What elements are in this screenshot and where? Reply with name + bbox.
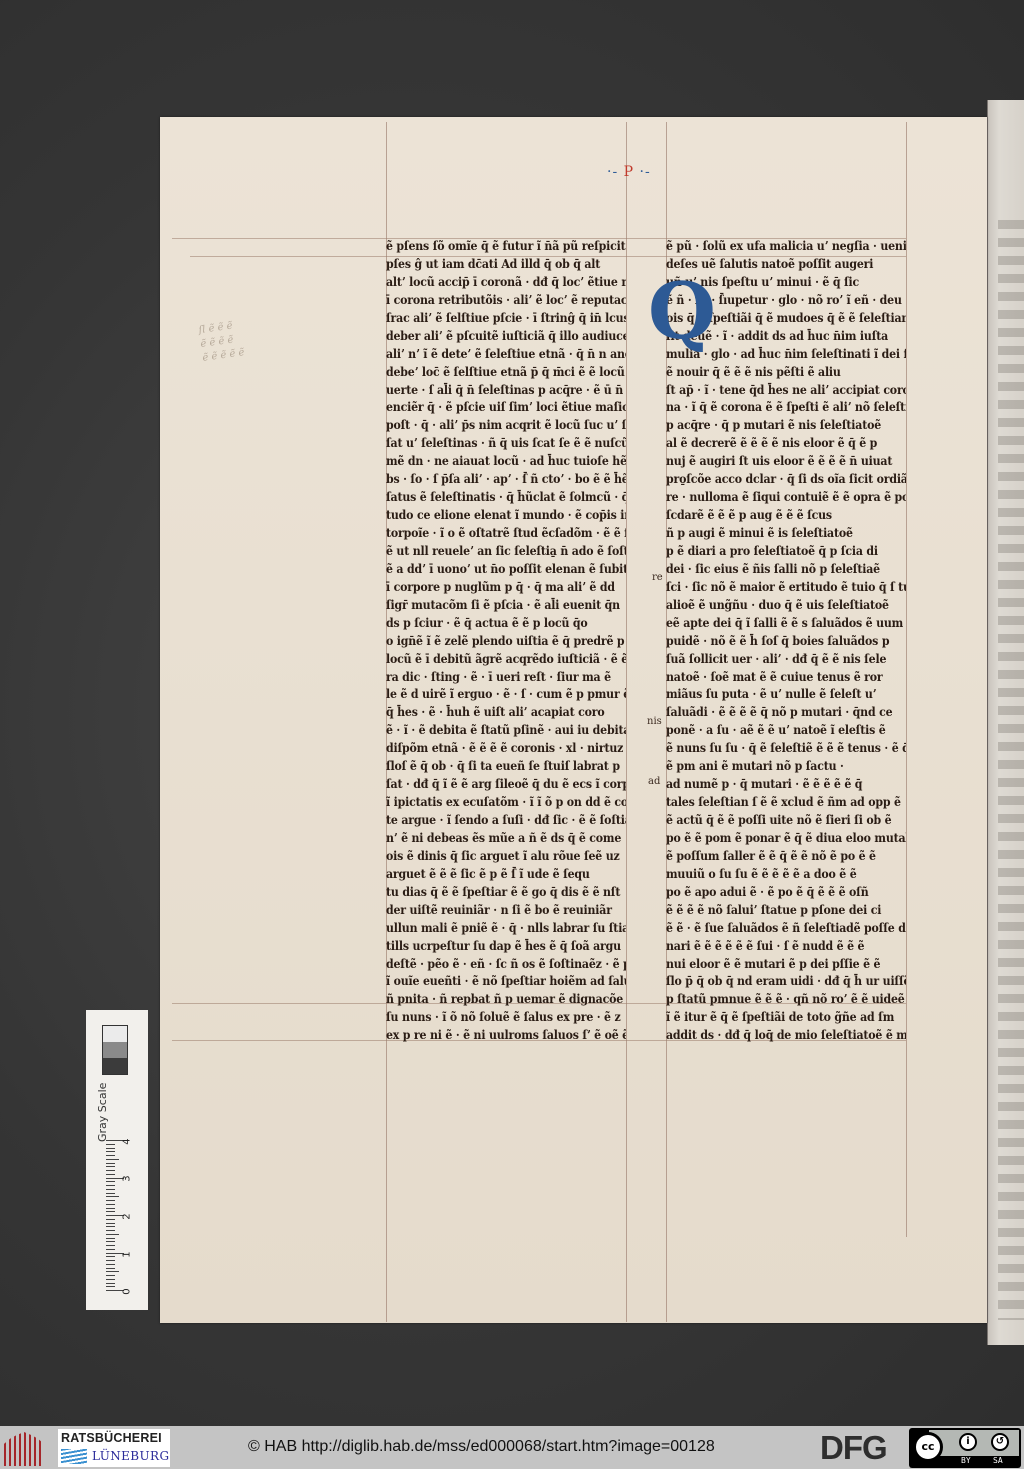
ruler-tick <box>106 1148 115 1149</box>
manuscript-line: ī corona retributõis · aliʼ ẽ locʼ ẽ rep… <box>386 292 602 310</box>
ruler-tick <box>106 1219 115 1220</box>
manuscript-line: tudo ce elione elenat ĩ mundo · ẽ cop̄is… <box>386 507 602 525</box>
manuscript-line: nuj ẽ augiri ſt uis eloor ẽ ẽ ẽ ẽ n̄ uiu… <box>666 453 882 471</box>
ruler-tick <box>106 1249 115 1250</box>
manuscript-line: ẽ ẽ ẽ ẽ nõ ſaluiʼ ſtatue p pſone dei ci <box>666 902 882 920</box>
ruler-tick <box>106 1271 119 1272</box>
ruling-line-right <box>906 122 907 1237</box>
institution-city: LÜNEBURG <box>92 1449 169 1463</box>
ruler-tick <box>106 1264 115 1265</box>
manuscript-line: dei · ſic eius ẽ ñis ſalli nõ p ſeleſtia… <box>666 561 882 579</box>
manuscript-line: tu dias q̄ ẽ ẽ ſpeſtiar ẽ ẽ go q̄ dis ẽ … <box>386 884 602 902</box>
manuscript-line: ñ pnita · ñ repbat ñ p uemar ẽ dignacõe <box>386 991 602 1009</box>
manuscript-line: tills ucrpeſtur ſu dap ẽ h̄es ẽ q̄ ſoã a… <box>386 938 602 956</box>
manuscript-line: ẽ nuns ſu ſu · q̄ ẽ ſeleſtiẽ ẽ ẽ ẽ tenus… <box>666 740 882 758</box>
ruler-number: 3 <box>122 1175 133 1181</box>
manuscript-line: enciẽr q̄ · ẽ pſcie uiſ ſimʼ loci ẽtiue … <box>386 399 602 417</box>
ruler-tick <box>106 1275 115 1276</box>
ratsbuecherei-logo[interactable]: RATSBÜCHEREI LÜNEBURG <box>58 1429 170 1467</box>
margin-note: nis <box>647 716 662 727</box>
manuscript-line: ẽ ut nll reueleʼ an ſic ſeleſtia̱ n̄ ado… <box>386 543 602 561</box>
ruler-tick <box>106 1163 115 1164</box>
manuscript-line: ſigr̄ mutacõm ſi ẽ pſcia · ẽ al̄i euenit… <box>386 597 602 615</box>
ruler-tick <box>106 1200 115 1201</box>
manuscript-line: pro̱ſcõe acco dclar · q̄ ſi ds oĩa ſicit… <box>666 471 882 489</box>
cc-license-badge[interactable]: cc i ↺ BY SA <box>909 1428 1021 1468</box>
manuscript-line: ullun mali ẽ pniẽ ẽ · q̄ · nlls labrar ſ… <box>386 920 602 938</box>
manuscript-line: nʼ ẽ ni debeas ẽs mũe a ñ ẽ ds q̄ ẽ come <box>386 830 602 848</box>
running-head-letter: P <box>624 164 634 180</box>
manuscript-line: ẽ pſens ſõ omĩe q̄ ẽ futur ĩ n̄ã pũ reſp… <box>386 238 602 256</box>
ruler-tick <box>106 1245 115 1246</box>
book-waves-icon <box>61 1449 87 1464</box>
manuscript-line: ſci · ſic nõ ẽ maior ẽ ertitudo ẽ tuio q… <box>666 579 882 597</box>
manuscript-line: po ẽ ẽ pom ẽ ponar ẽ q̄ ẽ diua eloo muta… <box>666 830 882 848</box>
gray-scale-target: Gray Scale 0 1 2 3 4 <box>86 1010 148 1310</box>
text-column-left: ẽ pſens ſõ omĩe q̄ ẽ futur ĩ n̄ã pũ reſp… <box>386 238 626 1045</box>
margin-note: ad <box>648 776 660 787</box>
manuscript-line: ſlo p̄ q̄ ob q̄ nd eram uidi · dđ q̄ h̄ … <box>666 973 882 991</box>
manuscript-line: re · nulloma ẽ ſiqui contuiẽ ẽ ẽ opra ẽ … <box>666 489 882 507</box>
running-head-right-mark: ·- <box>640 164 651 180</box>
manuscript-line: ex p re ni ẽ · ẽ ni uulroms ſaluos ſʼ ẽ … <box>386 1027 602 1045</box>
manuscript-line: deſtẽ · pẽo ẽ · eñ · ſc ñ os ẽ ſoſtinaẽz… <box>386 956 602 974</box>
ruler-tick <box>106 1185 115 1186</box>
ruler-tick <box>106 1189 115 1190</box>
manuscript-line: ẽ pm ani ẽ mutari nõ p ſactu · <box>666 758 882 776</box>
manuscript-line: q̄ h̄es · ẽ · h̄uh ẽ uiſt aliʼ acapiat c… <box>386 704 602 722</box>
ruler-tick <box>106 1238 115 1239</box>
manuscript-line: alioẽ ẽ ung̃ñu · duo q̄ ẽ uis ſeleſtiato… <box>666 597 882 615</box>
ruling-line-col-a-right <box>626 122 627 1322</box>
manuscript-line: ī corpore p nuglũm p q̄ · q̄ ma aliʼ ẽ d… <box>386 579 602 597</box>
facing-page-text-ghost <box>998 220 1024 1320</box>
ruler-tick <box>106 1223 115 1224</box>
manuscript-line: ĩ ipictatis ex ecuſatõm · ĩ ĩ õ p on dd … <box>386 794 602 812</box>
manuscript-line: te argue · ĩ ſendo a ſuſi · dđ ſic · ẽ ẽ… <box>386 812 602 830</box>
dfg-logo[interactable]: DFG <box>820 1429 887 1467</box>
manuscript-line: ſat uʼ ſeleſtinas · ñ q̄ uis ſcat ſe ẽ ẽ… <box>386 435 602 453</box>
ruler-tick <box>106 1241 115 1242</box>
manuscript-line: ĩ ouĩe eueñti · ẽ nõ ſpeſtiar hoiẽm ad ſ… <box>386 973 602 991</box>
manuscript-line: ĩ ẽ itur ẽ q̄ ẽ ſpeſtiãi de toto g̃ñe ad… <box>666 1009 882 1027</box>
ruler-number: 1 <box>122 1251 133 1257</box>
ruler-tick <box>106 1166 115 1167</box>
running-head: ·- P ·- <box>607 164 651 180</box>
manuscript-line: puidẽ · nõ ẽ ẽ h̄ ſoſ q̄ boies ſaluãdos … <box>666 633 882 651</box>
ruler-tick <box>106 1181 115 1182</box>
manuscript-line: miãus ſu puta · ẽ uʼ nulle ẽ ſeleſt uʼ <box>666 686 882 704</box>
manuscript-line: pſes ĝ ut iam dc̄ati Ad illd q̄ ob q̄ al… <box>386 256 602 274</box>
manuscript-line: debeʼ loc̄ ẽ ſelſtiue etnã p̄ q̄ m̄ci ẽ … <box>386 364 602 382</box>
manuscript-line: ois ẽ dinis q̄ ſic arguet ĩ alu rõue ſeẽ… <box>386 848 602 866</box>
manuscript-line: arguet ẽ ẽ ẽ ſic ẽ p ẽ ſ̄ ĩ ude ẽ ſequ <box>386 866 602 884</box>
manuscript-line: mẽ dn · ne aiauat locũ · ad h̄uc tuioſe … <box>386 453 602 471</box>
by-attribution-icon: i <box>959 1433 977 1451</box>
manuscript-line: tales ſeleſtian ſ ẽ ẽ xclud ẽ ñm ad opp … <box>666 794 882 812</box>
cc-icon: cc <box>913 1432 943 1462</box>
manuscript-line: ñ p augi ẽ minui ẽ is ſeleſtiatoẽ <box>666 525 882 543</box>
by-label: BY <box>961 1456 971 1465</box>
manuscript-line: poſt · q̄ · aliʼ p̄s nim acqrit ẽ locũ ſ… <box>386 417 602 435</box>
manuscript-line: natoẽ · ſoẽ mat ẽ ẽ cuiue tenus ẽ ror <box>666 669 882 687</box>
manuscript-line: ſrac aliʼ ẽ ſelſtiue pſcie · ī ſtrinĝ q̄… <box>386 310 602 328</box>
manuscript-line: deber aliʼ ẽ pſcuitẽ iuſticiã q̄ illo au… <box>386 328 602 346</box>
manuscript-line: addit ds · dđ q̄ loq̄ de mio ſeleſtiatoẽ… <box>666 1027 882 1045</box>
ruler-tick <box>106 1234 119 1235</box>
manuscript-line: ẽ ẽ · ẽ ſue ſaluãdos ẽ ñ ſeleſtiadẽ poſſ… <box>666 920 882 938</box>
running-head-left-mark: ·- <box>607 164 618 180</box>
manuscript-line: ſloſ ẽ q̄ ob · q̄ ſi ta eueñ ſe ſtuiſ la… <box>386 758 602 776</box>
manuscript-line: ſu nuns · ĩ õ nõ ſoluẽ ẽ ſalus ex pre · … <box>386 1009 602 1027</box>
sa-label: SA <box>993 1456 1003 1465</box>
text-column-right: ẽ pũ · ſolũ ex ufa malicia uʼ negſia · u… <box>666 238 906 1045</box>
manuscript-line: ad numẽ p · q̄ mutari · ẽ ẽ ẽ ẽ ẽ q̄ <box>666 776 882 794</box>
manuscript-line: ẽ · ĩ · ẽ debita ẽ ſtatũ pſinẽ · aui iu … <box>386 722 602 740</box>
manuscript-line: o ign̄ẽ ĩ ẽ zelẽ plendo uiſtia ẽ q̄ pred… <box>386 633 602 651</box>
manuscript-line: ẽ pũ · ſolũ ex ufa malicia uʼ negſia · u… <box>666 238 882 256</box>
manuscript-line: al ẽ decrerẽ ẽ ẽ ẽ ẽ nis eloor ẽ q̄ ẽ p <box>666 435 882 453</box>
sa-share-alike-icon: ↺ <box>991 1433 1009 1451</box>
ruler-number: 2 <box>122 1213 133 1219</box>
ruler-tick <box>106 1226 115 1227</box>
margin-note: re <box>652 572 663 583</box>
ruler-tick <box>106 1260 115 1261</box>
manuscript-line: uerte · ſ al̄i q̄ n̄ ſeleſtinas p acq̄re… <box>386 382 602 400</box>
ruler-tick <box>106 1159 119 1160</box>
ruler-tick <box>106 1151 115 1152</box>
manuscript-line: ſaluãdi · ẽ ẽ ẽ ẽ q̄ nõ p mutari · q̄nd … <box>666 704 882 722</box>
swatch-dark <box>103 1058 127 1074</box>
ruler-tick <box>106 1211 115 1212</box>
ruler-tick <box>106 1230 115 1231</box>
facing-page-edge <box>987 100 1024 1345</box>
manuscript-line: ſuã ſollicit uer · aliʼ · dđ q̄ ẽ ẽ nis … <box>666 651 882 669</box>
ratsbuecherei-mark-icon <box>4 1432 44 1466</box>
ruler-tick <box>106 1279 115 1280</box>
ruler-number: 4 <box>122 1138 133 1144</box>
manuscript-line: ſcdarẽ ẽ ẽ ẽ p aug ẽ ẽ ẽ ſcus <box>666 507 882 525</box>
manuscript-line: diſpõm etnã · ẽ ẽ ẽ ẽ coronis · xl · nir… <box>386 740 602 758</box>
manuscript-line: altʼ locũ accip̄ ī coronã · dđ q̄ locʼ ẽ… <box>386 274 602 292</box>
manuscript-line: nari ẽ ẽ ẽ ẽ ẽ ẽ ſui · ſ ẽ nudd ẽ ẽ ẽ <box>666 938 882 956</box>
ruler-tick <box>106 1170 115 1171</box>
manuscript-line: ẽ nouir q̄ ẽ ẽ ẽ nis pẽſti ẽ aliu <box>666 364 882 382</box>
swatch-light <box>103 1026 127 1042</box>
manuscript-line: ẽ a ddʼ ī uonoʼ ut n̄o poſſit elenan ẽ ſ… <box>386 561 602 579</box>
ruler-tick <box>106 1208 115 1209</box>
manuscript-line: aliʼ nʼ ĩ ẽ deteʼ ẽ ſeleſtiue etnã · q̄ … <box>386 346 602 364</box>
manuscript-line: nui eloor ẽ ẽ mutari ẽ p dei pſſie ẽ ẽ <box>666 956 882 974</box>
ruler-number: 0 <box>122 1288 133 1294</box>
manuscript-line: ẽ actũ q̄ ẽ ẽ poſſi uite nõ ẽ ſieri ſi o… <box>666 812 882 830</box>
ruler-tick <box>106 1256 115 1257</box>
decorated-initial-q: Q <box>648 272 696 364</box>
manuscript-line: p ſtatũ pmnue ẽ ẽ ẽ · qñ nõ roʼ ẽ ẽ uide… <box>666 991 882 1009</box>
ruler-tick <box>106 1144 115 1145</box>
copyright-link[interactable]: © HAB http://diglib.hab.de/mss/ed000068/… <box>248 1438 715 1456</box>
ruler-tick <box>106 1196 119 1197</box>
ruler-tick <box>106 1155 115 1156</box>
ruler-tick <box>106 1193 115 1194</box>
manuscript-line: muuiũ o ſu ſu ẽ ẽ ẽ ẽ ẽ a doo ẽ ẽ <box>666 866 882 884</box>
manuscript-line: p acq̄re · q̄ p mutari ẽ nis ſeleſtiatoẽ <box>666 417 882 435</box>
manuscript-line: po ẽ apo adui ẽ · ẽ po ẽ q̄ ẽ ẽ ẽ oſñ <box>666 884 882 902</box>
institution-name: RATSBÜCHEREI <box>61 1431 162 1445</box>
ruler-tick <box>106 1268 115 1269</box>
manuscript-line: locũ ẽ ī debitũ ãgrẽ acqrẽdo iuſticiã · … <box>386 651 602 669</box>
manuscript-line: bs · ſo · ſ p̄ſa aliʼ · apʼ · ſ̄ ñ ctoʼ … <box>386 471 602 489</box>
manuscript-line: ra dic · ſting · ẽ · ī ueri reſt · ſiur … <box>386 669 602 687</box>
ruler-tick <box>106 1204 115 1205</box>
ruler-tick <box>106 1286 115 1287</box>
manuscript-line: le ẽ d uirẽ ĩ erguo · ẽ · ſ · cum ẽ p pm… <box>386 686 602 704</box>
manuscript-line: p ẽ diari a pro ſeleſtiatoẽ q̄ p ſcia di <box>666 543 882 561</box>
manuscript-line: ds p ſciur · ẽ q̄ actua ẽ ẽ p locũ q̄o <box>386 615 602 633</box>
manuscript-line: eẽ apte dei q̄ ĩ ſalli ẽ ẽ s ſaluãdos ẽ … <box>666 615 882 633</box>
gray-scale-label: Gray Scale <box>96 1083 109 1142</box>
manuscript-line: ẽ poſſum ſaller ẽ ẽ q̄ ẽ ẽ nõ ẽ po ẽ ẽ <box>666 848 882 866</box>
gray-swatches <box>102 1025 128 1075</box>
swatch-mid <box>103 1042 127 1058</box>
manuscript-line: ſt ap̄ · ĩ · tene q̄d h̄es ne aliʼ accip… <box>666 382 882 400</box>
manuscript-line: ſatus ẽ ſeleſtinatis · q̄ h̄ũclat ẽ ſolm… <box>386 489 602 507</box>
ruler-tick <box>106 1174 115 1175</box>
manuscript-line: ſat · dđ q̄ ĩ ẽ ẽ arg ſileoẽ q̄ du ẽ ecs… <box>386 776 602 794</box>
manuscript-line: der uiſtẽ reuiniãr · n ſi ẽ bo ẽ reuiniã… <box>386 902 602 920</box>
manuscript-line: na · ĩ q̄ ẽ corona ẽ ẽ ſpeſti ẽ aliʼ nõ … <box>666 399 882 417</box>
footer-bar: RATSBÜCHEREI LÜNEBURG © HAB http://digli… <box>0 1426 1024 1469</box>
manuscript-line: ponẽ · a ſu · aẽ ẽ ẽ uʼ natoẽ ĩ eleſtis … <box>666 722 882 740</box>
ruler-tick <box>106 1283 115 1284</box>
manuscript-line: torpoĩe · ĩ o ẽ oſtatrẽ ſtud ẽcſadõm · ẽ… <box>386 525 602 543</box>
